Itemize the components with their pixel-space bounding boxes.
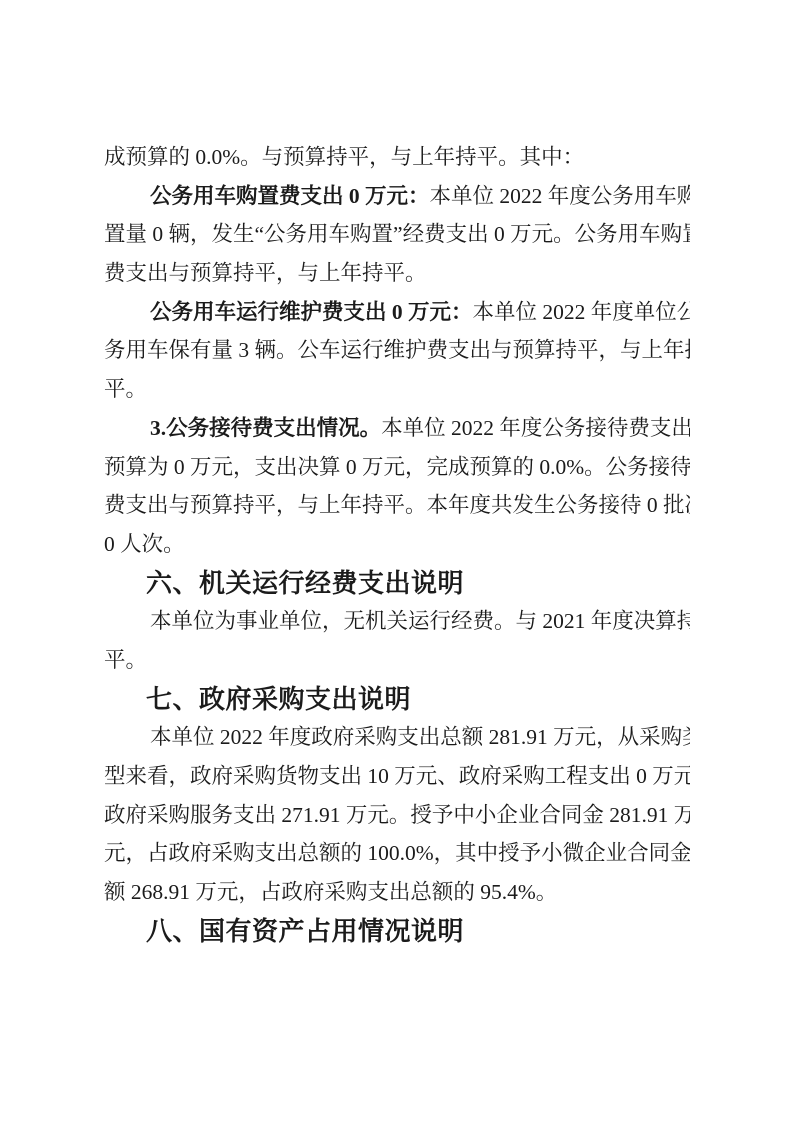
text-line: 额 268.91 万元，占政府采购支出总额的 95.4%。	[104, 873, 690, 912]
body-text: 成预算的 0.0%。与预算持平，与上年持平。其中：	[104, 145, 584, 169]
body-text: 元，占政府采购支出总额的 100.0%，其中授予小微企业合同金	[104, 841, 690, 865]
text-line: 型来看，政府采购货物支出 10 万元、政府采购工程支出 0 万元、	[104, 757, 690, 796]
body-text: 本单位 2022 年度单位公	[473, 300, 690, 324]
paragraph-lead: 公务用车购置费支出 0 万元：	[150, 184, 430, 208]
document-page: 成预算的 0.0%。与预算持平，与上年持平。其中： 公务用车购置费支出 0 万元…	[0, 0, 793, 1122]
text-line: 预算为 0 万元，支出决算 0 万元，完成预算的 0.0%。公务接待	[104, 448, 690, 487]
body-text: 本单位 2022 年度公务接待费支出	[381, 416, 690, 440]
document-text-block: 成预算的 0.0%。与预算持平，与上年持平。其中： 公务用车购置费支出 0 万元…	[104, 138, 690, 950]
paragraph-lead: 3.公务接待费支出情况。	[150, 416, 381, 440]
body-text: 额 268.91 万元，占政府采购支出总额的 95.4%。	[104, 880, 557, 904]
text-line: 费支出与预算持平，与上年持平。本年度共发生公务接待 0 批次、	[104, 486, 690, 525]
text-line: 政府采购服务支出 271.91 万元。授予中小企业合同金 281.91 万	[104, 796, 690, 835]
heading-text: 八、国有资产占用情况说明	[146, 916, 464, 946]
text-line: 元，占政府采购支出总额的 100.0%，其中授予小微企业合同金	[104, 834, 690, 873]
body-text: 本单位 2022 年度政府采购支出总额 281.91 万元，从采购类	[150, 725, 690, 749]
text-line: 平。	[104, 641, 690, 680]
text-line: 3.公务接待费支出情况。本单位 2022 年度公务接待费支出	[104, 409, 690, 448]
text-line: 费支出与预算持平，与上年持平。	[104, 254, 690, 293]
body-text: 务用车保有量 3 辆。公车运行维护费支出与预算持平，与上年持	[104, 338, 690, 362]
text-line: 务用车保有量 3 辆。公车运行维护费支出与预算持平，与上年持	[104, 331, 690, 370]
text-line: 本单位 2022 年度政府采购支出总额 281.91 万元，从采购类	[104, 718, 690, 757]
body-text: 预算为 0 万元，支出决算 0 万元，完成预算的 0.0%。公务接待	[104, 455, 690, 479]
text-line: 公务用车运行维护费支出 0 万元：本单位 2022 年度单位公	[104, 293, 690, 332]
section-heading-7: 七、政府采购支出说明	[104, 680, 690, 719]
body-text: 平。	[104, 377, 147, 401]
text-line: 成预算的 0.0%。与预算持平，与上年持平。其中：	[104, 138, 690, 177]
body-text: 政府采购服务支出 271.91 万元。授予中小企业合同金 281.91 万	[104, 803, 690, 827]
body-text: 费支出与预算持平，与上年持平。	[104, 261, 427, 285]
body-text: 本单位为事业单位，无机关运行经费。与 2021 年度决算持	[150, 609, 690, 633]
body-text: 费支出与预算持平，与上年持平。本年度共发生公务接待 0 批次、	[104, 493, 690, 517]
heading-text: 六、机关运行经费支出说明	[146, 568, 464, 598]
body-text: 本单位 2022 年度公务用车购	[430, 184, 690, 208]
section-heading-6: 六、机关运行经费支出说明	[104, 564, 690, 603]
body-text: 平。	[104, 648, 147, 672]
text-line: 公务用车购置费支出 0 万元：本单位 2022 年度公务用车购	[104, 177, 690, 216]
section-heading-8: 八、国有资产占用情况说明	[104, 912, 690, 951]
text-line: 平。	[104, 370, 690, 409]
body-text: 型来看，政府采购货物支出 10 万元、政府采购工程支出 0 万元、	[104, 764, 690, 788]
text-line: 0 人次。	[104, 525, 690, 564]
heading-text: 七、政府采购支出说明	[146, 684, 411, 714]
text-line: 本单位为事业单位，无机关运行经费。与 2021 年度决算持	[104, 602, 690, 641]
paragraph-lead: 公务用车运行维护费支出 0 万元：	[150, 300, 473, 324]
body-text: 0 人次。	[104, 532, 185, 556]
text-line: 置量 0 辆，发生“公务用车购置”经费支出 0 万元。公务用车购置	[104, 215, 690, 254]
body-text: 置量 0 辆，发生“公务用车购置”经费支出 0 万元。公务用车购置	[104, 222, 690, 246]
